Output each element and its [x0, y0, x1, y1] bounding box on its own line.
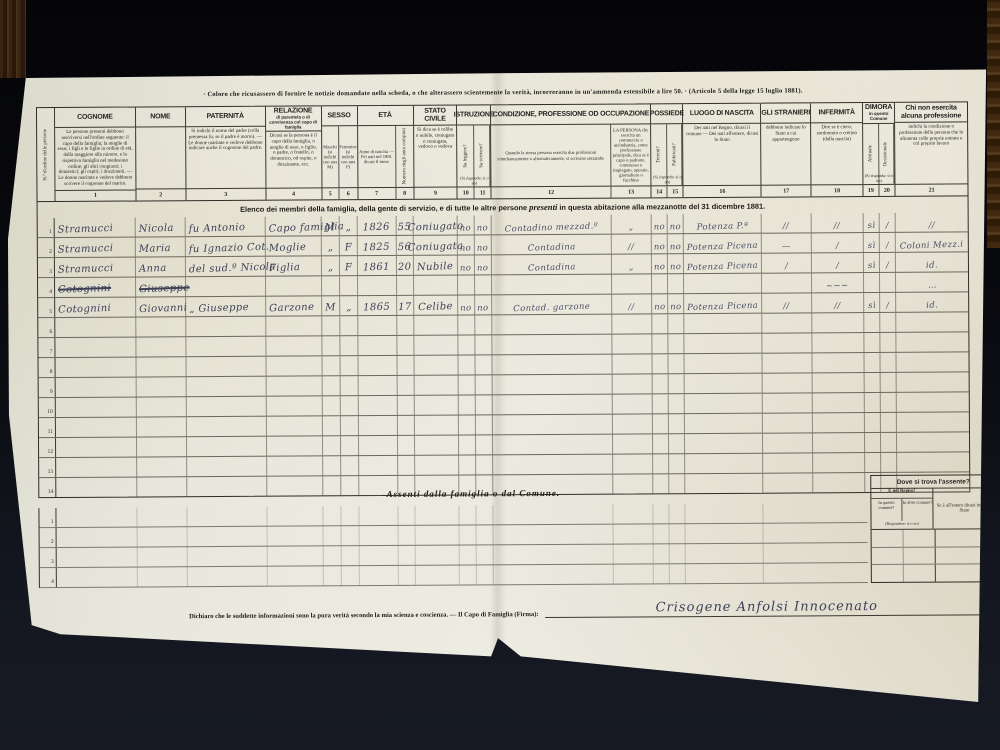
table-cell: [414, 316, 458, 335]
header-group: STATO CIVILESi dica se è celibe o nubile…: [413, 106, 457, 199]
absents-cell: [460, 525, 477, 544]
table-cell: [398, 456, 415, 475]
table-cell: /: [880, 293, 896, 312]
table-cell: [813, 413, 865, 432]
row-number: 1: [39, 508, 56, 527]
absents-cell: [324, 526, 342, 545]
table-cell: [323, 456, 341, 475]
absents-cell: [614, 524, 654, 543]
row-number: 5: [38, 298, 55, 317]
table-cell: /: [880, 233, 896, 252]
table-cell: [612, 314, 652, 333]
table-cell: Nicola: [136, 217, 186, 236]
table-cell: [668, 274, 684, 293]
grid-cell: [872, 530, 904, 547]
table-cell: [612, 334, 652, 353]
table-cell: „: [322, 236, 340, 255]
absents-cell: [188, 527, 268, 546]
table-cell: [415, 436, 459, 455]
column-number: 9: [414, 188, 457, 199]
handwritten-entry: no: [477, 224, 489, 233]
table-cell: sì: [864, 253, 880, 272]
column-number: 8: [396, 188, 413, 199]
absents-cell: [686, 524, 764, 543]
table-cell: [881, 393, 897, 412]
absents-cell: [399, 526, 416, 545]
table-cell: [613, 434, 653, 453]
table-cell: [267, 416, 323, 435]
table-cell: Anna: [136, 257, 186, 276]
table-cell: no: [458, 295, 475, 314]
column-number: 5: [322, 188, 340, 199]
column-number: 15: [667, 186, 683, 197]
table-cell: [652, 274, 668, 293]
column-description-area: Dei nati nel Regno, dicasi il comune — D…: [684, 124, 761, 185]
column-numbers: 56: [322, 187, 357, 199]
handwritten-entry: sì: [868, 301, 876, 310]
table-cell: [897, 392, 969, 411]
table-cell: [865, 393, 881, 412]
sub-column: Maschi (si indichi con una M): [322, 126, 340, 187]
table-cell: [668, 314, 684, 333]
handwritten-entry: …: [927, 281, 936, 290]
column-numbers: 1920: [864, 184, 895, 196]
absents-cell: [670, 544, 686, 563]
table-cell: [612, 354, 652, 373]
wood-table-background-top-left: [0, 0, 26, 78]
column-number: 18: [812, 185, 863, 196]
table-cell: /: [812, 253, 864, 272]
answer-note: (Rispondere: sì o no): [872, 521, 933, 529]
absents-cell: [477, 565, 494, 584]
table-cell: [458, 355, 475, 374]
table-cell: [897, 452, 969, 471]
absents-cell: [324, 566, 342, 585]
column-number: 7: [358, 188, 396, 199]
column-description: Si dica se è celibe o nubile, coniugato …: [414, 126, 457, 187]
table-cell: [684, 314, 762, 333]
table-cell: [653, 394, 669, 413]
table-cell: [652, 354, 668, 373]
column-description: [136, 127, 185, 188]
header-group: DIMORAin questo ComuneAbitualeOccasional…: [863, 103, 896, 196]
table-cell: 1825: [358, 236, 397, 255]
column-numbers: 1415: [652, 185, 683, 197]
absents-cell: [686, 544, 764, 563]
table-cell: [415, 396, 459, 415]
table-cell: [669, 454, 685, 473]
column-description: Dei nati nel Regno, dicasi il comune — D…: [684, 124, 761, 185]
table-cell: [56, 458, 137, 477]
absents-cell: [613, 504, 653, 523]
absents-cell: [654, 564, 670, 583]
column-description: Si indichi il nome del padre (colla prem…: [186, 127, 265, 188]
absents-cell: [360, 566, 399, 585]
absent-location-grid: [872, 529, 996, 582]
table-cell: [492, 335, 612, 355]
handwritten-entry: /: [886, 301, 890, 310]
table-cell: —: [762, 233, 812, 252]
table-cell: [896, 352, 968, 371]
table-cell: [763, 373, 813, 392]
absents-cell: [494, 545, 614, 565]
handwritten-entry: no: [460, 264, 472, 273]
table-cell: no: [668, 234, 684, 253]
handwritten-entry: „: [327, 243, 333, 253]
table-cell: [358, 336, 397, 355]
answer-note: (Si risponda: sì o no): [652, 174, 683, 184]
table-cell: [186, 337, 266, 356]
column-title: ETÀ: [357, 106, 412, 126]
table-cell: „: [612, 214, 652, 233]
table-cell: no: [475, 255, 492, 274]
table-cell: [322, 276, 340, 295]
table-cell: [493, 415, 613, 435]
absents-cell: [670, 524, 686, 543]
handwritten-entry: id.: [926, 261, 938, 270]
table-cell: [881, 453, 897, 472]
handwritten-entry: sì: [867, 221, 875, 230]
table-cell: [475, 335, 492, 354]
column-number: 3: [186, 189, 265, 200]
column-numbers: 4: [266, 187, 321, 199]
table-cell: [56, 418, 137, 437]
declaration-text: Dichiaro che le suddette informazioni so…: [189, 611, 539, 620]
table-cell: [685, 434, 763, 453]
census-form: · Coloro che ricusassero di fornire le n…: [36, 86, 974, 672]
table-cell: [476, 375, 493, 394]
column-title: INFERMITÀ: [811, 103, 862, 123]
table-cell: [685, 374, 763, 393]
absents-cell: [416, 546, 460, 565]
table-cell: „: [322, 256, 340, 275]
declaration-line: Dichiaro che le suddette informazioni so…: [189, 596, 989, 620]
column-description-area: Dicasi se la persona è il capo della fam…: [266, 132, 321, 188]
table-cell: [414, 356, 458, 375]
column-numbers: 21: [896, 183, 968, 195]
column-number: 11: [474, 187, 491, 198]
head-of-family-signature: Crisogene Anfolsi Innocenato: [656, 599, 878, 615]
table-cell: [458, 335, 475, 354]
table-cell: [187, 397, 267, 416]
subtitle-part-1: Elenco dei membri della famiglia, della …: [240, 203, 527, 214]
absents-cell: [399, 566, 416, 585]
table-cell: [55, 318, 136, 337]
absent-location-header: È nel Regno? In questo comune? In altro …: [871, 488, 995, 530]
table-cell: /: [812, 233, 864, 252]
handwritten-entry: no: [477, 304, 489, 313]
table-cell: [266, 356, 322, 375]
header-group: COGNOMELe persone presenti debbono inscr…: [55, 108, 136, 201]
row-number: 7: [38, 338, 55, 357]
column-description-area: Terreni?Fabbricati?(Si risponda: sì o no…: [652, 124, 683, 185]
absents-cell: [416, 566, 460, 585]
absents-cell: [494, 565, 614, 585]
table-cell: [653, 374, 669, 393]
absents-cell: [398, 506, 415, 525]
row-number: 2: [40, 528, 57, 547]
column-numbers: 16: [684, 185, 761, 197]
table-cell: [492, 355, 612, 375]
table-cell: no: [652, 294, 668, 313]
table-cell: [137, 377, 187, 396]
absent-in-kingdom-column: È nel Regno? In questo comune? In altro …: [871, 489, 933, 529]
table-cell: [266, 316, 322, 335]
other-commune-label: In altro comune?: [902, 499, 932, 521]
handwritten-entry: no: [460, 244, 472, 253]
table-cell: Capo famiglia: [266, 216, 322, 235]
column-numbers: 18: [812, 184, 863, 196]
handwritten-entry: /: [836, 242, 840, 251]
table-cell: id.: [896, 252, 968, 271]
row-number-column-header: N.º d'ordine delle persone: [37, 108, 56, 201]
absents-cell: [57, 528, 138, 547]
table-cell: [763, 433, 813, 452]
column-description-area: AbitualeOccasionale(Si risponda: sì o no…: [863, 123, 894, 184]
table-cell: no: [458, 235, 475, 254]
table-cell: [398, 376, 415, 395]
handwritten-entry: 17: [398, 303, 412, 313]
table-cell: Maria: [136, 237, 186, 256]
table-cell: [897, 412, 969, 431]
handwritten-entry: Garzone: [269, 303, 315, 315]
header-group: RELAZIONEdi parentela o di convivenza co…: [266, 106, 322, 199]
table-cell: [341, 416, 359, 435]
census-form-sheet: · Coloro che ricusassero di fornire le n…: [6, 50, 994, 702]
table-cell: [865, 413, 881, 432]
column-description-area: Anno di nascita — Pei nati nel 1881 dica…: [358, 126, 413, 187]
handwritten-entry: Figlia: [269, 263, 301, 274]
absents-cell: [399, 546, 416, 565]
handwritten-entry: /: [886, 241, 890, 250]
handwritten-entry: Giovanni: [139, 304, 187, 316]
table-cell: [653, 434, 669, 453]
handwritten-entry: Celibe: [418, 302, 453, 313]
handwritten-entry: 20: [398, 263, 412, 273]
row-number: 3: [40, 548, 57, 567]
absents-cell: [188, 567, 268, 586]
table-cell: [685, 414, 763, 433]
column-numbers: 1: [55, 189, 135, 201]
header-group: Chi non esercita alcuna professioneindic…: [895, 102, 967, 195]
absents-cell: [654, 524, 670, 543]
table-cell: Cotognini: [55, 278, 136, 297]
absents-cell: [342, 566, 360, 585]
table-cell: [187, 357, 267, 376]
header-group: CONDIZIONE, PROFESSIONE OD OCCUPAZIONEQu…: [491, 104, 652, 198]
handwritten-entry: „ Giuseppe: [189, 303, 249, 315]
table-cell: [896, 312, 968, 331]
handwritten-entry: no: [460, 304, 472, 313]
handwritten-entry: M: [325, 303, 336, 313]
handwritten-entry: F: [345, 263, 353, 273]
table-cell: [864, 333, 880, 352]
column-numbers: 1213: [492, 185, 651, 198]
table-cell: [56, 378, 137, 397]
table-cell: [323, 396, 341, 415]
handwritten-entry: //: [834, 222, 841, 231]
table-cell: [415, 416, 459, 435]
handwritten-entry: Stramucci: [58, 264, 114, 276]
column-title: NOME: [136, 107, 185, 127]
absents-cell: [670, 564, 686, 583]
absents-cell: [57, 548, 138, 567]
column-number: 12: [492, 187, 611, 199]
table-cell: [763, 453, 813, 472]
handwritten-entry: Contadina: [527, 243, 575, 253]
absents-cell: [56, 508, 137, 527]
table-cell: [56, 438, 137, 457]
handwritten-entry: no: [477, 244, 489, 253]
header-group: NOME2: [136, 107, 186, 200]
table-cell: [881, 433, 897, 452]
column-title: GLI STRANIERI: [761, 103, 810, 123]
handwritten-entry: //: [628, 303, 635, 312]
handwritten-entry: no: [477, 264, 489, 273]
handwritten-entry: „: [629, 263, 634, 272]
handwritten-entry: no: [460, 224, 472, 233]
table-cell: [881, 373, 897, 392]
absents-cell: [494, 525, 614, 545]
column-title: COGNOME: [55, 108, 135, 128]
handwritten-entry: del sud.º Nicola: [189, 262, 276, 275]
table-cell: [652, 334, 668, 353]
handwritten-entry: no: [669, 243, 681, 252]
table-cell: 1861: [358, 256, 397, 275]
row-number: 13: [39, 458, 56, 477]
table-cell: [492, 315, 612, 335]
table-cell: [684, 334, 762, 353]
table-cell: [458, 315, 475, 334]
handwritten-entry: Cotognini: [58, 284, 111, 296]
table-cell: [415, 376, 459, 395]
abroad-state-label: Se è all'estero dicasi in quale Stato: [933, 488, 995, 528]
absent-location-title: Dove si trova l'assente?: [871, 475, 995, 489]
absents-cell: [57, 568, 138, 587]
table-cell: [897, 432, 969, 451]
table-cell: …: [896, 272, 968, 291]
table-cell: no: [475, 235, 492, 254]
table-cell: [358, 316, 397, 335]
answer-note: (Si risponda: sì o no): [458, 175, 491, 185]
handwritten-entry: Contad. garzone: [513, 302, 590, 313]
handwritten-entry: no: [654, 303, 666, 312]
table-cell: [323, 376, 341, 395]
handwritten-entry: //: [783, 222, 790, 231]
table-cell: [322, 336, 340, 355]
table-cell: [358, 356, 397, 375]
sub-column: Quando la stessa persona esercita due pr…: [492, 125, 612, 187]
absents-cell: [138, 547, 188, 566]
handwritten-entry: //: [783, 302, 790, 311]
table-cell: [812, 313, 864, 332]
table-cell: sì: [864, 293, 880, 312]
table-cell: [476, 395, 493, 414]
table-cell: [398, 396, 415, 415]
column-number: 6: [340, 188, 358, 199]
table-cell: [880, 333, 896, 352]
absents-cell: [477, 545, 494, 564]
absent-location-box: Dove si trova l'assente? È nel Regno? In…: [870, 474, 997, 583]
handwritten-entry: 1865: [364, 303, 391, 314]
handwritten-entry: //: [628, 243, 635, 252]
absents-cell: [188, 547, 268, 566]
table-cell: „ Giuseppe: [186, 297, 266, 316]
table-cell: [684, 274, 762, 293]
handwritten-entry: sì: [867, 261, 875, 270]
column-description-area: Maschi (si indichi con una M)Femmine (si…: [322, 126, 357, 187]
table-cell: [340, 356, 358, 375]
column-description-area: [136, 127, 185, 188]
table-cell: 17: [397, 296, 414, 315]
sub-column: LA PERSONA che esercita un commercio o u…: [611, 124, 651, 185]
header-group: SESSOMaschi (si indichi con una M)Femmin…: [321, 106, 358, 199]
sub-column: Femmine (si indichi con una F): [339, 126, 357, 187]
column-number: 10: [458, 187, 475, 198]
table-cell: Potenza Picena: [684, 254, 762, 273]
table-cell: Contadina: [492, 235, 612, 255]
table-cell: [267, 396, 323, 415]
column-description-area: Sa leggere?Sa scrivere?(Si risponda: sì …: [458, 125, 491, 186]
absents-cell: [138, 527, 188, 546]
handwritten-entry: Stramucci: [58, 244, 114, 256]
column-title: POSSIEDE: [651, 104, 682, 124]
table-cell: no: [668, 294, 684, 313]
table-cell: [763, 393, 813, 412]
absents-cell: [493, 505, 613, 525]
handwritten-entry: no: [653, 243, 665, 252]
column-title: PATERNITÀ: [186, 107, 265, 127]
table-cell: [613, 454, 653, 473]
row-number-column-label: N.º d'ordine delle persone: [43, 129, 48, 181]
column-description: Dire se è cieco, sordomuto o cretino (da…: [811, 123, 862, 184]
table-cell: Moglie: [266, 236, 322, 255]
table-cell: //: [762, 293, 812, 312]
header-group: ETÀAnno di nascita — Pei nati nel 1881 d…: [357, 106, 414, 199]
table-cell: [56, 398, 137, 417]
signature-line: Crisogene Anfolsi Innocenato: [544, 596, 989, 618]
absents-cell: [268, 566, 324, 585]
row-number: 4: [38, 278, 55, 297]
table-cell: no: [458, 255, 475, 274]
absents-cell: [323, 506, 341, 525]
absents-cell: [360, 546, 399, 565]
table-cell: [613, 374, 653, 393]
table-cell: [55, 338, 136, 357]
column-description: Dicasi se la persona è il capo della fam…: [266, 132, 321, 188]
table-cell: [864, 273, 880, 292]
table-cell: [458, 275, 475, 294]
column-number: 1: [55, 190, 135, 201]
handwritten-entry: /: [886, 261, 890, 270]
table-cell: no: [668, 254, 684, 273]
table-cell: [137, 437, 187, 456]
table-cell: [762, 273, 812, 292]
table-cell: fu Ignazio Cot.: [186, 237, 266, 256]
handwritten-entry: Giuseppe: [139, 283, 190, 295]
table-cell: Contad. garzone: [492, 295, 612, 315]
table-cell: no: [475, 215, 492, 234]
table-cell: 1826: [358, 216, 397, 235]
table-cell: 20: [397, 256, 414, 275]
table-cell: [493, 435, 613, 455]
table-cell: [812, 333, 864, 352]
table-cell: [359, 436, 398, 455]
table-cell: [880, 273, 896, 292]
table-cell: id.: [896, 292, 968, 311]
table-cell: [137, 457, 187, 476]
handwritten-entry: no: [670, 303, 682, 312]
